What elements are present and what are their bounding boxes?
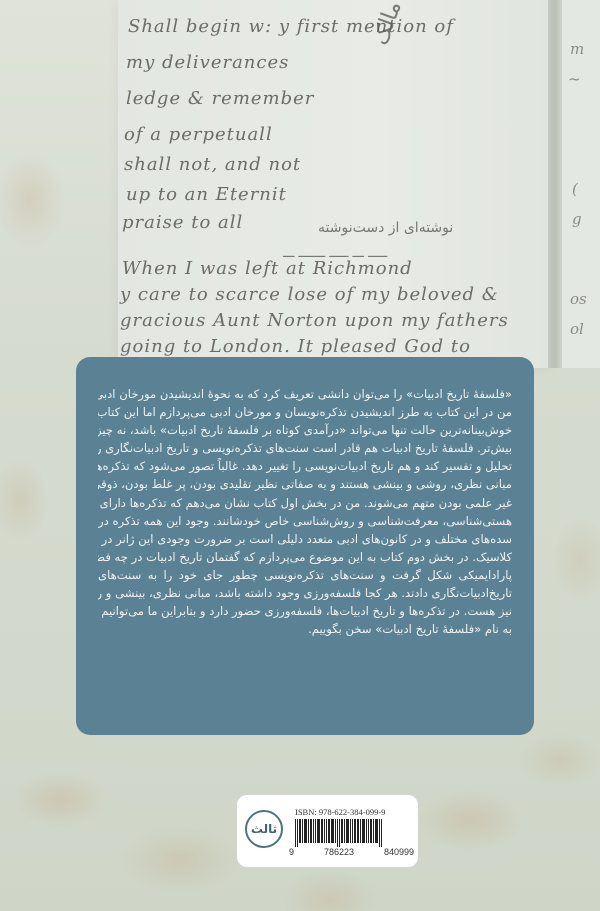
manuscript-arabic-line: نوشته‌ای از دست‌نوشته: [318, 220, 453, 236]
blurb-line: تاریخ‌ادبیات‌نگاری دادند. هر کجا فلسفه‌و…: [98, 584, 512, 602]
manuscript-line: up to an Eternit: [126, 184, 287, 205]
manuscript-line: going to London. It pleased God to: [120, 336, 471, 357]
blurb-line: غیر علمی بودن متهم می‌شوند. من در بخش او…: [98, 494, 512, 512]
manuscript-next-page: m ~ ( g os ol: [562, 0, 600, 368]
blurb-line: نیز هست. در تذکره‌ها و تاریخ ادبیات‌ها، …: [98, 602, 512, 620]
publisher-logo-icon: ثالث: [245, 810, 283, 848]
barcode-digits: 9 786223 840999: [289, 847, 414, 857]
manuscript-line: Shall begin w: y first mention of: [128, 16, 454, 37]
blurb-line: مبانی نظری، روشی و بینشی هستند و به صفات…: [98, 475, 512, 493]
manuscript-line: praise to all: [122, 212, 243, 233]
manuscript-image: Shall begin w: y first mention of my del…: [118, 0, 550, 368]
manuscript-line: shall not, and not: [124, 154, 301, 175]
manuscript-line: my deliverances: [126, 52, 289, 73]
isbn-barcode-label: ثالث ISBN: 978-622-384-099-9 9 786223 8: [237, 795, 418, 867]
book-back-cover: Shall begin w: y first mention of my del…: [0, 0, 600, 911]
blurb-line: بیش‌تر. فلسفهٔ تاریخ ادبیات هم قادر است …: [98, 439, 512, 457]
publisher-logo-text: ثالث: [251, 822, 277, 836]
blurb-line: «فلسفهٔ تاریخ ادبیات» را می‌توان دانشی ت…: [98, 385, 512, 403]
blurb-line: سده‌های مختلف و در کانون‌های ادبی متعدد …: [98, 530, 512, 548]
blurb-text: «فلسفهٔ تاریخ ادبیات» را می‌توان دانشی ت…: [98, 385, 512, 638]
barcode-icon: [295, 819, 410, 845]
blurb-panel: «فلسفهٔ تاریخ ادبیات» را می‌توان دانشی ت…: [76, 357, 534, 735]
manuscript-fold: [548, 0, 562, 368]
blurb-line: من در این کتاب به طرز اندیشیدن تذکره‌نوی…: [98, 403, 512, 421]
blurb-line: به نام «فلسفهٔ تاریخ ادبیات» سخن بگوییم.: [98, 620, 512, 638]
isbn-number: ISBN: 978-622-384-099-9: [295, 807, 385, 817]
blurb-line: کلاسیک. در بخش دوم کتاب به این موضوع می‌…: [98, 548, 512, 566]
blurb-line: تحلیل و تفسیر کند و هم تاریخ ادبیات‌نویس…: [98, 457, 512, 475]
manuscript-line: of a perpetuall: [124, 124, 273, 145]
manuscript-line: When I was left at Richmond: [122, 258, 413, 279]
manuscript-line: y care to scarce lose of my beloved &: [120, 284, 499, 305]
manuscript-line: gracious Aunt Norton upon my fathers: [120, 310, 509, 331]
blurb-line: هستی‌شناسی، معرفت‌شناسی و روش‌شناسی خاص …: [98, 512, 512, 530]
manuscript-line: ledge & remember: [126, 88, 314, 109]
blurb-line: خوش‌بینانه‌ترین حالت تنها می‌تواند «درآم…: [98, 421, 512, 439]
blurb-line: پارادایمیکی شکل گرفت و سنت‌های تذکره‌نوی…: [98, 566, 512, 584]
